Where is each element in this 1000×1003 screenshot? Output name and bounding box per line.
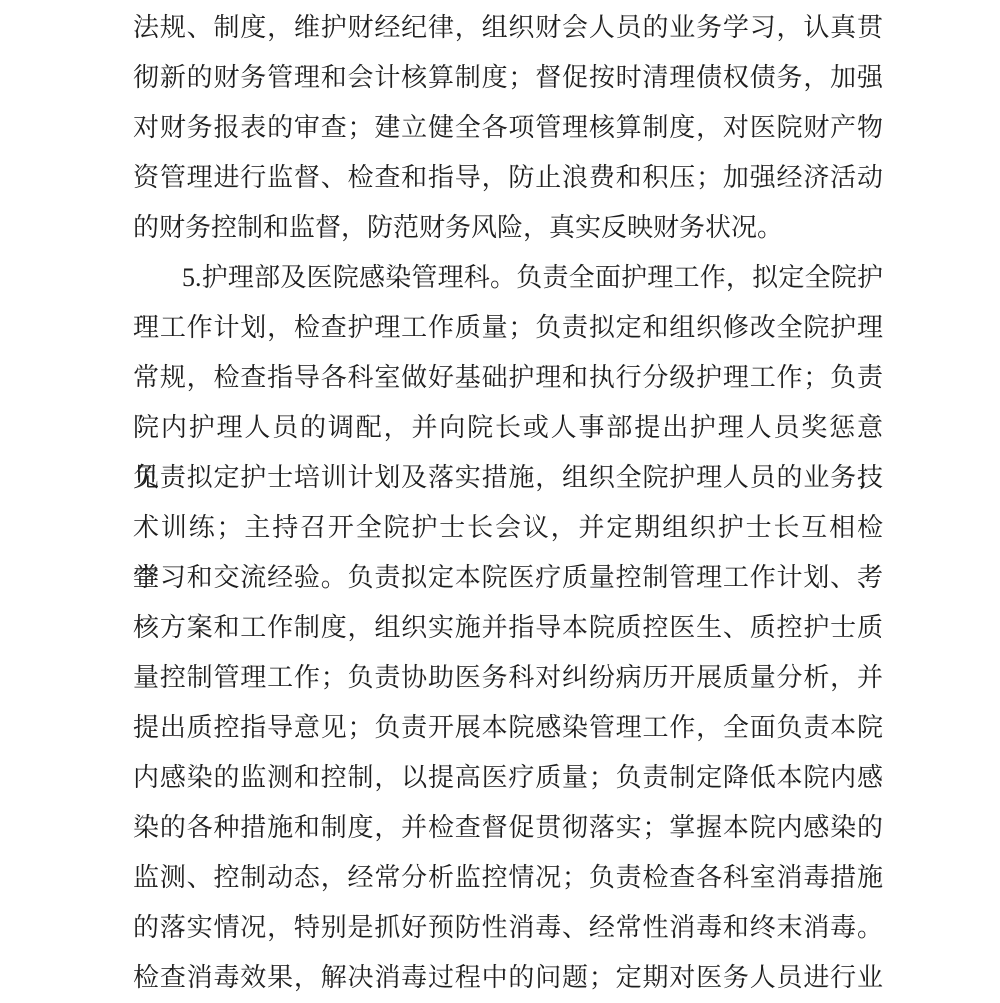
text-line: 院内护理人员的调配，并向院长或人事部提出护理人员奖惩意见； [133,403,883,453]
text-line: 资管理进行监督、检查和指导，防止浪费和积压；加强经济活动 [133,153,883,203]
text-line: 常规，检查指导各科室做好基础护理和执行分级护理工作；负责 [133,353,883,403]
text-line: 法规、制度，维护财经纪律，组织财会人员的业务学习，认真贯 [133,3,883,53]
text-line: 监测、控制动态，经常分析监控情况；负责检查各科室消毒措施 [133,853,883,903]
document-page: 法规、制度，维护财经纪律，组织财会人员的业务学习，认真贯彻新的财务管理和会计核算… [0,0,1000,1003]
text-line: 的财务控制和监督，防范财务风险，真实反映财务状况。 [133,203,883,253]
text-line: 彻新的财务管理和会计核算制度；督促按时清理债权债务，加强 [133,53,883,103]
text-line: 5.护理部及医院感染管理科。负责全面护理工作，拟定全院护 [133,253,883,303]
text-line: 负责拟定护士培训计划及落实措施，组织全院护理人员的业务技 [133,453,883,503]
text-line: 核方案和工作制度，组织实施并指导本院质控医生、质控护士质 [133,603,883,653]
text-line: 染的各种措施和制度，并检查督促贯彻落实；掌握本院内感染的 [133,803,883,853]
text-line: 量控制管理工作；负责协助医务科对纠纷病历开展质量分析，并 [133,653,883,703]
text-line: 术训练；主持召开全院护士长会议，并定期组织护士长互相检查、 [133,503,883,553]
document-body: 法规、制度，维护财经纪律，组织财会人员的业务学习，认真贯彻新的财务管理和会计核算… [133,3,883,1003]
text-line: 的落实情况，特别是抓好预防性消毒、经常性消毒和终末消毒。 [133,903,883,953]
text-line: 内感染的监测和控制，以提高医疗质量；负责制定降低本院内感 [133,753,883,803]
text-line: 对财务报表的审查；建立健全各项管理核算制度，对医院财产物 [133,103,883,153]
text-line: 提出质控指导意见；负责开展本院感染管理工作，全面负责本院 [133,703,883,753]
text-line: 理工作计划，检查护理工作质量；负责拟定和组织修改全院护理 [133,303,883,353]
text-line: 学习和交流经验。负责拟定本院医疗质量控制管理工作计划、考 [133,553,883,603]
text-line: 检查消毒效果，解决消毒过程中的问题；定期对医务人员进行业 [133,953,883,1003]
